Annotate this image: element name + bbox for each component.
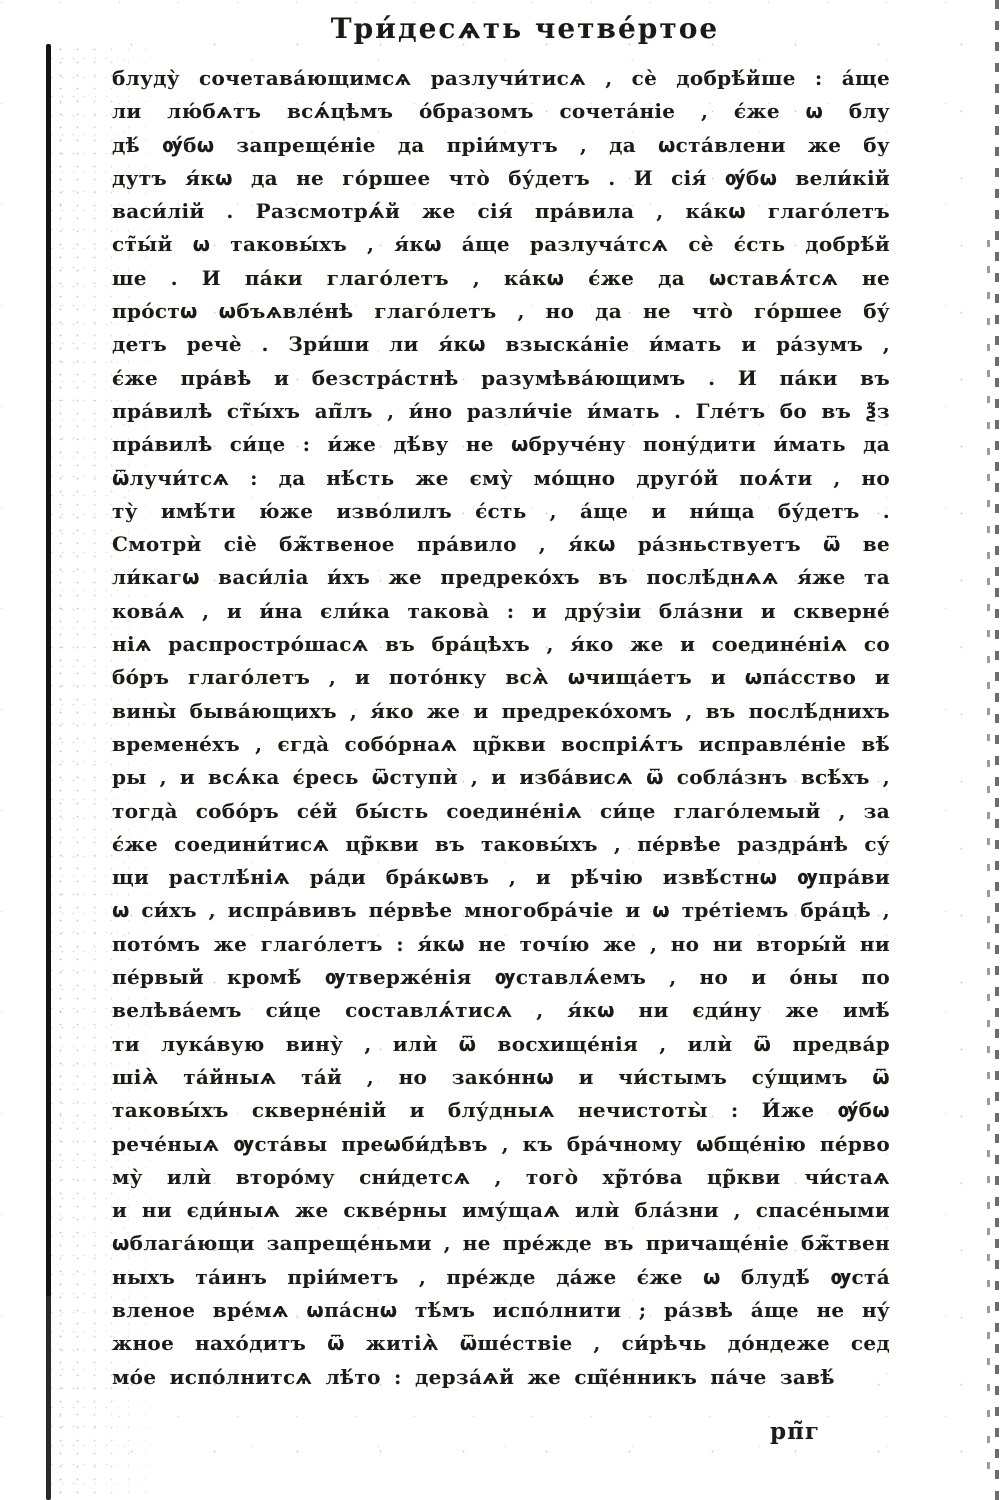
text-line: Смотрѝ сіѐ бж̃твеное пра́вило , я́кѡ ра́… — [112, 532, 890, 565]
text-line: времене́хъ , єгда̀ собо́рнаѧ цр̃кви восп… — [112, 732, 890, 765]
text-line: васи́лій . Разсмотрѧ́й же сія́ пра́вила … — [112, 199, 890, 232]
text-line: про́стѡ ѡбъѧвле́нѣ глаго́летъ , но да не… — [112, 299, 890, 332]
text-line: дутъ я́кѡ да не го́ршее что̀ бу́детъ . И… — [112, 166, 890, 199]
text-line: ли́кагѡ васи́ліа и́хъ же предреко́хъ въ … — [112, 565, 890, 598]
text-line: ныхъ та́инъ пріи́метъ , пре́жде да́же є́… — [112, 1265, 890, 1298]
text-line: ѿлучи́тсѧ : да нѣ́сть же єму̀ мо́щно дру… — [112, 466, 890, 499]
text-line: вленое вре́мѧ ѡпа́снѡ тѣ́мъ испо́лнити ;… — [112, 1298, 890, 1331]
text-line: пе́рвый кромѣ́ ѹтверже́нія ѹставлѧ́емъ ,… — [112, 965, 890, 998]
text-line: мо́е испо́лнитсѧ лѣ́то : дерза́ѧй же сщ̃… — [112, 1365, 890, 1398]
text-line: ры , и всѧ́ка є́ресь ѿступѝ , и изба́вис… — [112, 765, 890, 798]
text-line: пото́мъ же глаго́летъ : я́кѡ не точі́ю ж… — [112, 932, 890, 965]
text-line: жное нахо́дитъ ѿ житіѧ̀ ѿше́ствіе , си́р… — [112, 1331, 890, 1364]
text-line: и ни єди́ныѧ же скве́рны иму́щаѧ илѝ бла… — [112, 1198, 890, 1231]
page-number: рп̃г — [770, 1418, 820, 1445]
text-line: пра́вилѣ ст̃ы́хъ ап̃лъ , и́но разли́чіе … — [112, 399, 890, 432]
text-line: кова́ѧ , и и́на єли́ка такова̀ : и дру́з… — [112, 599, 890, 632]
text-line: детъ речѐ . Зри́ши ли я́кѡ взыска́ніе и́… — [112, 332, 890, 365]
scan-right-edge-marks — [995, 0, 999, 1500]
text-line: рече́ныѧ ѹста́вы преѡби́дѣвъ , къ бра́чн… — [112, 1132, 890, 1165]
text-line: є́же пра́вѣ и безстра́стнѣ разумѣва́ющим… — [112, 366, 890, 399]
left-border-rule — [46, 44, 51, 1500]
text-line: ніѧ распростро́шасѧ въ бра́цѣхъ , я́ко ж… — [112, 632, 890, 665]
text-line: ѡ си́хъ , испра́вивъ пе́рвѣе многобра́чі… — [112, 898, 890, 931]
text-line: щи растлѣ́ніѧ ра́ди бра́кѡвъ , и рѣ́чію … — [112, 865, 890, 898]
text-line: вины̀ быва́ющихъ , я́ко же и предреко́хо… — [112, 699, 890, 732]
text-line: є́же соедини́тисѧ цр̃кви въ таковы́хъ , … — [112, 832, 890, 865]
text-line: блуду̀ сочетава́ющимсѧ разлучи́тисѧ , сѐ… — [112, 66, 890, 99]
scan-right-gutter-marks — [987, 240, 990, 1480]
text-line: дѣ́ ѹ́бѡ запреще́ніе да пріи́мутъ , да ѡ… — [112, 133, 890, 166]
text-line: тогда̀ собо́ръ се́й бы́сть соедине́ніѧ с… — [112, 799, 890, 832]
text-line: бо́ръ глаго́летъ , и пото́нку всѧ̀ ѡчища… — [112, 665, 890, 698]
text-line: велѣва́емъ си́це составлѧ́тисѧ , я́кѡ ни… — [112, 998, 890, 1031]
text-line: му̀ илѝ второ́му сни́детсѧ , того̀ хр̃то… — [112, 1165, 890, 1198]
text-line: шіѧ̀ та́йныѧ та́й , но зако́ннѡ и чи́сты… — [112, 1065, 890, 1098]
text-line: ѡблага́ющи запреще́ньми , не пре́жде въ … — [112, 1231, 890, 1264]
body-text: блуду̀ сочетава́ющимсѧ разлучи́тисѧ , сѐ… — [112, 66, 890, 1398]
text-line: ти лука́вую вину̀ , илѝ ѿ восхище́нія , … — [112, 1032, 890, 1065]
text-line: ше . И па́ки глаго́летъ , ка́кѡ є́же да … — [112, 266, 890, 299]
text-line: пра́вилѣ си́це : и́же дѣ́ву не ѡбруче́ну… — [112, 432, 890, 465]
text-line: ту̀ имѣ́ти ю́же изво́лилъ є́сть , а́ще и… — [112, 499, 890, 532]
chapter-heading: Три́десѧть четве́ртое — [30, 12, 1000, 45]
text-line: ст̃ы́й ѡ таковы́хъ , я́кѡ а́ще разлуча́т… — [112, 232, 890, 265]
text-line: ли лю́бѧтъ всѧ́цѣмъ о́бразомъ сочета́ніе… — [112, 99, 890, 132]
text-line: таковы́хъ скверне́ній и блу́дныѧ нечисто… — [112, 1098, 890, 1131]
